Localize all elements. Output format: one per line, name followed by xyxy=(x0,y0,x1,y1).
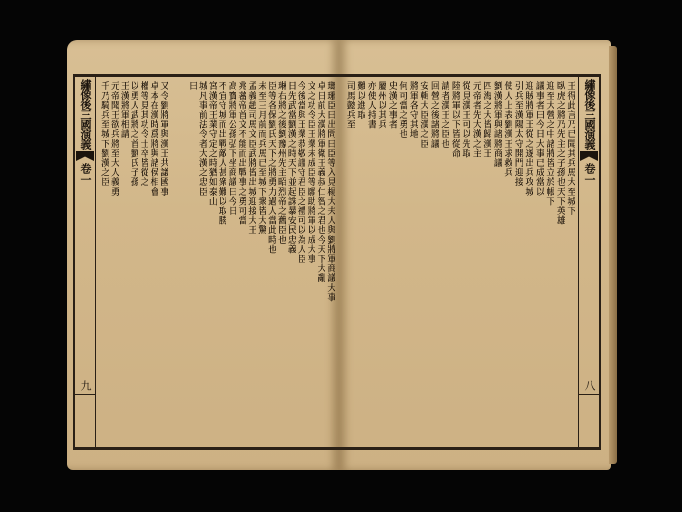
text-column: 請者漢王之臣也 xyxy=(439,81,450,443)
text-column: 王漢將軍相請 xyxy=(119,81,129,443)
text-column: 屬州以其兵 xyxy=(376,81,387,443)
left-juan-label: 卷一 xyxy=(77,163,93,185)
left-page: 繡像後三國演義 卷一 九 瑯琊臣曰出問曰臣等入見楊大夫人與劉將軍商議大事 卓日前… xyxy=(67,40,339,470)
text-column: 亦使人持書 xyxy=(365,81,376,443)
text-column: 臥虎之將乃先主之子孫也天下英雄 xyxy=(554,81,565,443)
fish-tail-icon xyxy=(580,151,598,161)
left-page-frame: 繡像後三國演義 卷一 九 瑯琊臣曰出問曰臣等入見楊大夫人與劉將軍商議大事 卓日前… xyxy=(73,74,339,450)
margin-rule xyxy=(75,394,95,395)
right-juan-label: 卷一 xyxy=(581,163,597,185)
text-column: 瑯琊臣曰出問曰臣等入見楊大夫人與劉將軍商議大事 xyxy=(325,81,335,443)
text-column: 不宜守城而出戰敵人甚衆難以取勝 xyxy=(217,81,227,443)
open-book: 繡像後三國演義 卷一 九 瑯琊臣曰出問曰臣等入見楊大夫人與劉將軍商議大事 卓日前… xyxy=(67,40,615,473)
text-column: 今後當與王業恭敬謹守君臣之禮可以為人臣 xyxy=(296,81,306,443)
text-column: 城凡事前法令者大漢之忠臣 xyxy=(197,81,207,443)
right-page-margin: 繡像後三國演義 卷一 八 xyxy=(578,77,599,447)
text-column: 權等見其功令士卒皆從之 xyxy=(138,81,148,443)
text-column: 從見漢王可以先取 xyxy=(460,81,471,443)
text-column: 未至三月前而兵馬已至城下衆皆大驚 xyxy=(256,81,266,443)
text-column: 迎賊將軍王從之遂出兵攻城 xyxy=(523,81,534,443)
right-page: 繡像後三國演義 卷一 八 王得此言乃已聞其兵馬大至城下 臥虎之將乃先主之子孫也天… xyxy=(339,40,611,470)
text-column: 難以進取 xyxy=(355,81,366,443)
text-column: 曰 xyxy=(187,81,197,93)
fish-tail-icon xyxy=(76,151,94,161)
text-column: 卓本在漢時爲將與諸侯相會 xyxy=(148,81,158,443)
text-column: 元帝者先大漢之主 xyxy=(470,81,481,443)
text-column: 兆蕃帝首文不能而出戰事之勇可當 xyxy=(236,81,246,443)
text-column: 史漢之事者 xyxy=(386,81,397,443)
text-column: 王得此言乃已聞其兵馬大至城下 xyxy=(565,81,576,443)
column-gap xyxy=(168,81,187,443)
left-page-text: 瑯琊臣曰出問曰臣等入見楊大夫人與劉將軍商議大事 卓日前大漢將軍衛王義叔仁智之君也… xyxy=(99,81,335,443)
text-column: 引兵至漢陽太守開門迎接 xyxy=(512,81,523,443)
text-column: 安輯大臣漢之臣 xyxy=(418,81,429,443)
text-column: 高寶將軍公孫弘下坐商議曰今日 xyxy=(226,81,236,443)
text-column: 將軍各守其地 xyxy=(407,81,418,443)
text-column: 使人上表劉漢王求救兵 xyxy=(502,81,513,443)
page-stack-edge xyxy=(609,46,617,464)
text-column: 孟義趙司馬文臣武將皆出城迎接大王 xyxy=(246,81,256,443)
text-column: 劉漢將軍與諸將商議 xyxy=(491,81,502,443)
text-column: 宮漢帝王業守定之時猶如泰山 xyxy=(207,81,217,443)
text-column: 陸將軍以下皆從命 xyxy=(449,81,460,443)
text-column: 文之功令臣王業未成臣等願助將軍以成大事 xyxy=(305,81,315,443)
text-column: 司馬懿兵至 xyxy=(344,81,355,443)
left-page-margin: 繡像後三國演義 卷一 九 xyxy=(75,77,96,447)
text-column: 日先武當劉漢之時天下並起誅暴安民忠義 xyxy=(286,81,296,443)
text-column: 回營之後諸將議 xyxy=(428,81,439,443)
text-column: 元帝聞王欲兵將至大人義勇 xyxy=(109,81,119,443)
left-margin-title: 繡像後三國演義 xyxy=(77,79,93,149)
text-column: 以勇人武將之首劉氏子孫 xyxy=(129,81,139,443)
text-column: 卓日前大漢將軍衛王義叔仁智之君也今天下大亂 xyxy=(315,81,325,443)
text-column: 四海之大皆歸漢王 xyxy=(481,81,492,443)
right-folio-number: 八 xyxy=(581,380,597,391)
text-column: 何可當之勇也 xyxy=(397,81,408,443)
right-page-frame: 繡像後三國演義 卷一 八 王得此言乃已聞其兵馬大至城下 臥虎之將乃先主之子孫也天… xyxy=(339,74,601,450)
text-column: 迎至大營之中諸將皆立於帳下 xyxy=(544,81,555,443)
text-column: 又令劉將軍與漢王共議國事 xyxy=(158,81,168,443)
right-page-text: 王得此言乃已聞其兵馬大至城下 臥虎之將乃先主之子孫也天下英雄 迎至大營之中諸將皆… xyxy=(343,81,575,443)
text-column: 琳右將之後劉豫州先主昭烈帝之舊臣也 xyxy=(276,81,286,443)
text-column: 千乃騎兵至城下劉漢之臣 xyxy=(99,81,109,443)
left-folio-number: 九 xyxy=(77,380,93,391)
text-column: 臣等各保劉氏天下之將勇力過人當此時也 xyxy=(266,81,276,443)
text-column: 議事者曰今日大事已成當以 xyxy=(533,81,544,443)
margin-rule xyxy=(579,394,599,395)
right-margin-title: 繡像後三國演義 xyxy=(581,79,597,149)
